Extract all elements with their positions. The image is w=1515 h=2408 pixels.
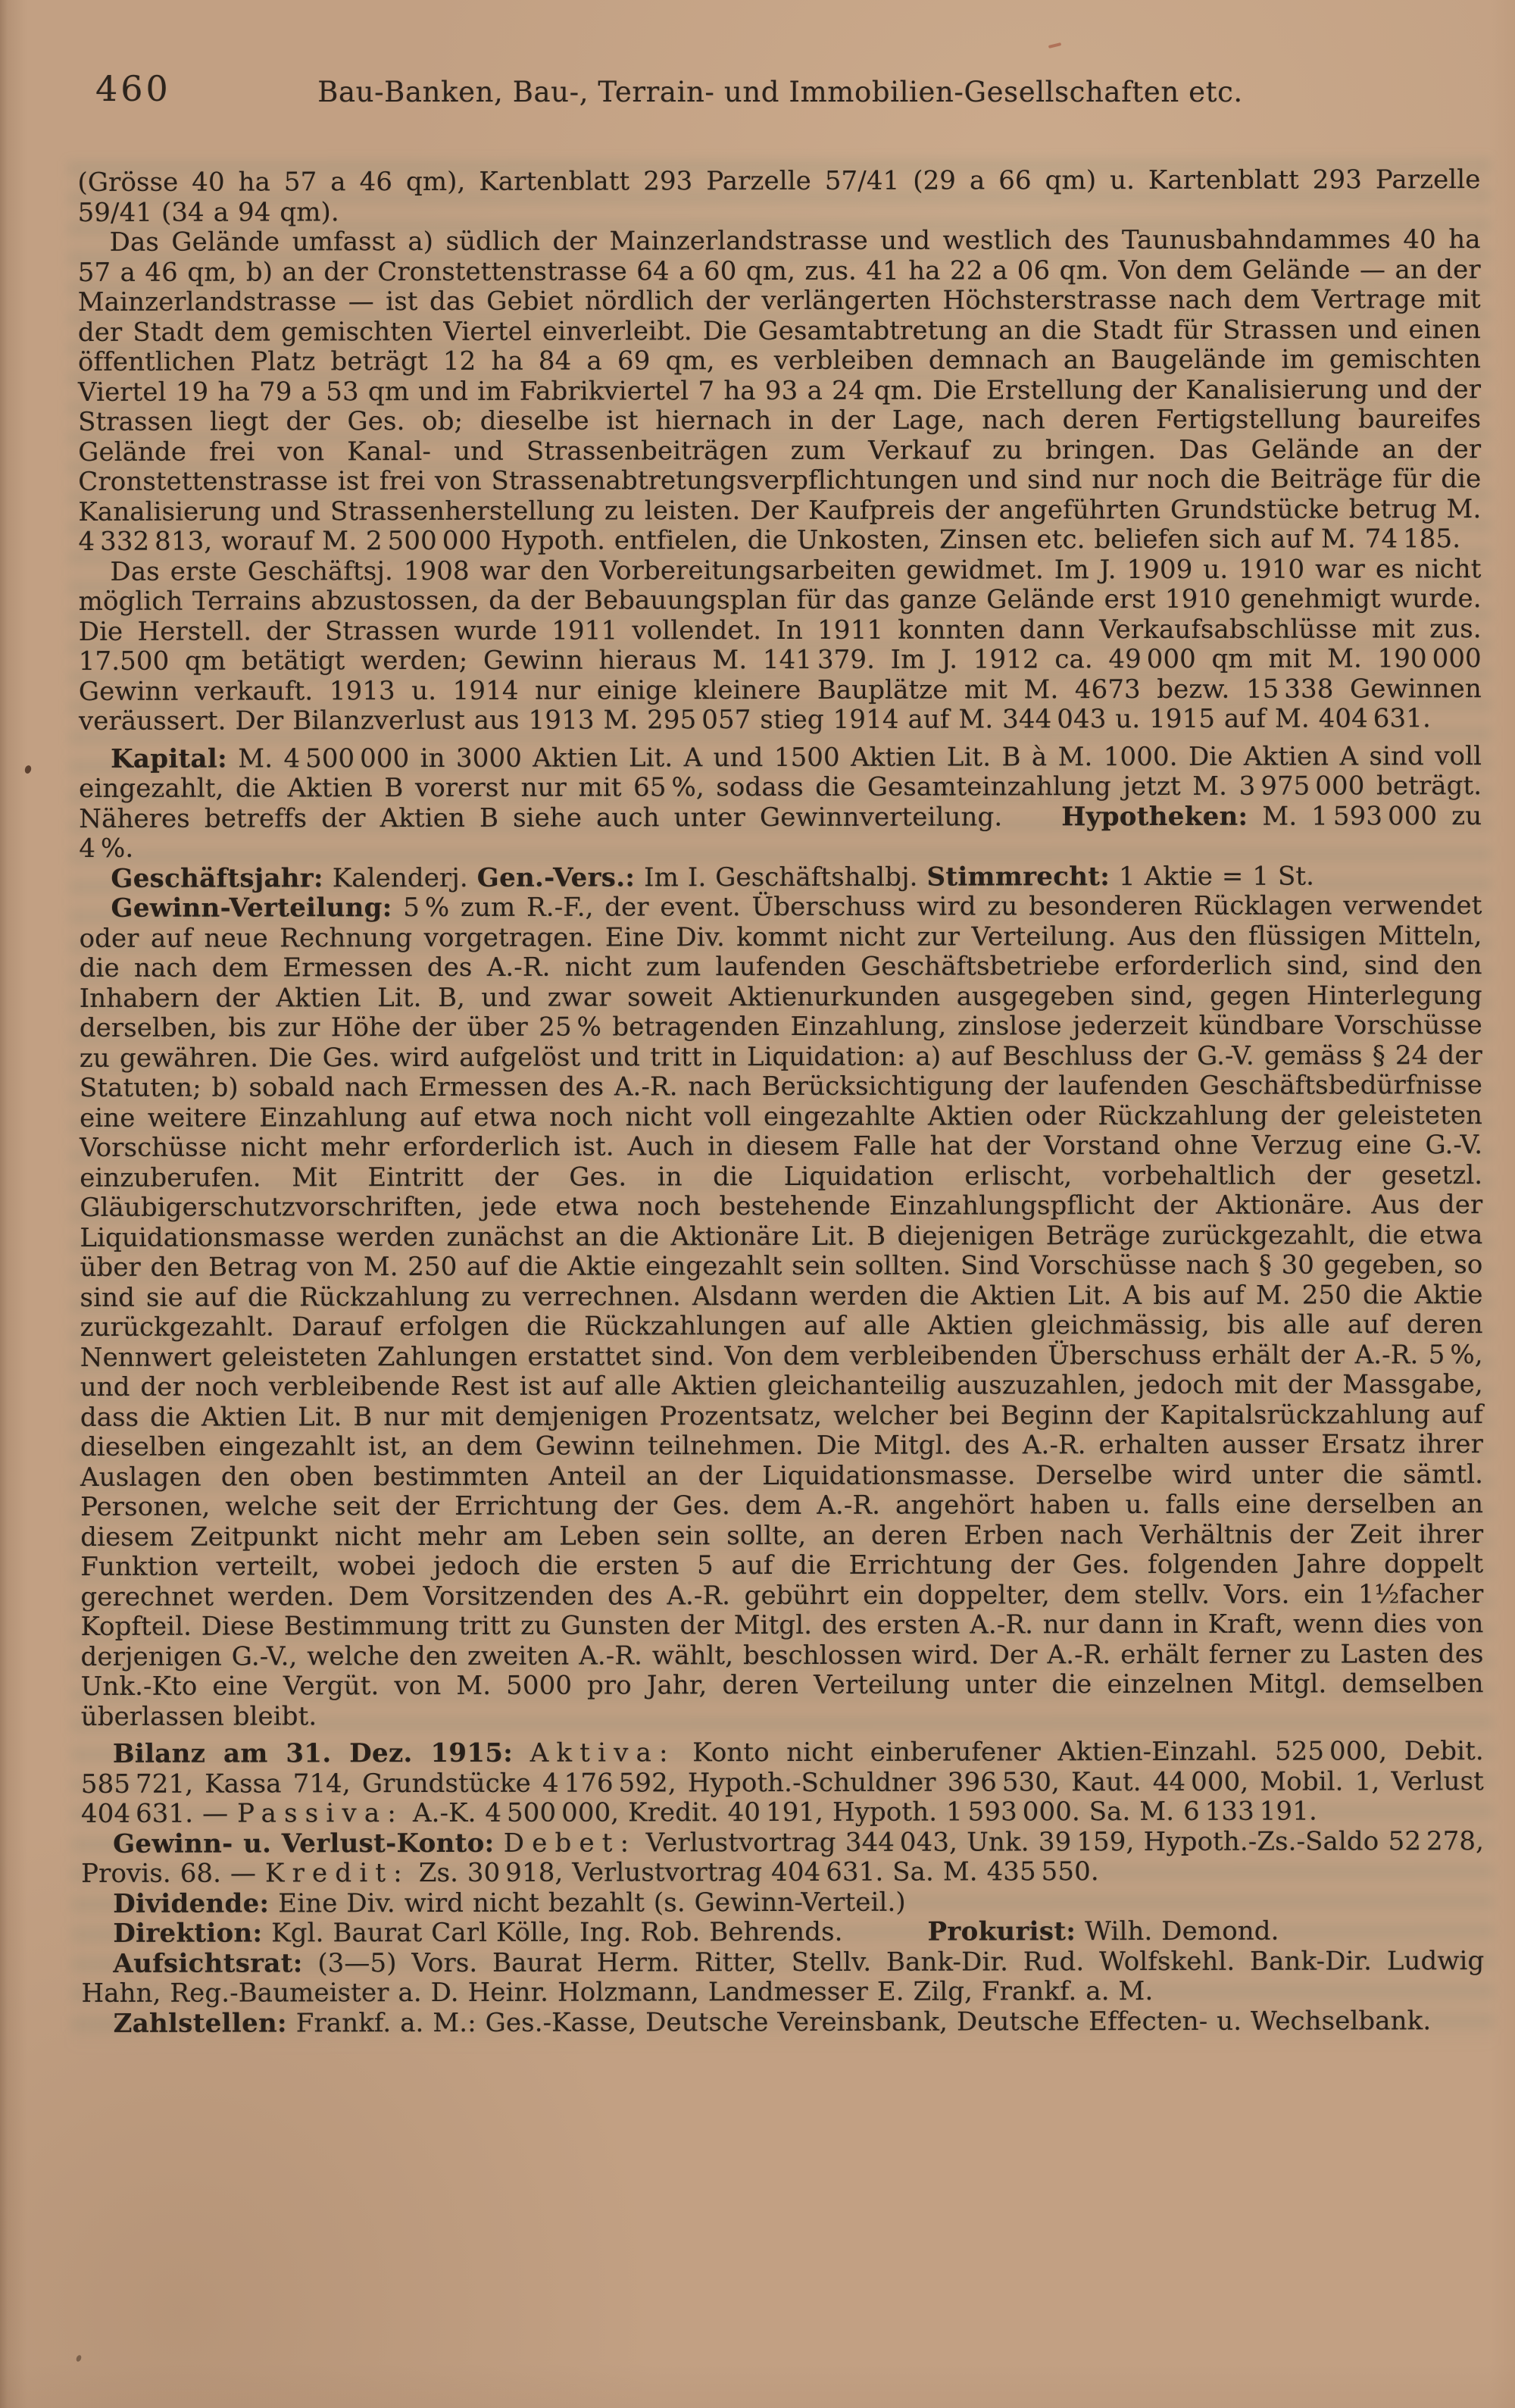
text-run: (Grösse 40 ha 57 a 46 qm), Kartenblatt 2…	[77, 164, 1480, 227]
bold-term: Bilanz am 31. Dez. 1915:	[113, 1738, 513, 1769]
bold-term: Stimmrecht:	[926, 862, 1110, 893]
paragraph: (Grösse 40 ha 57 a 46 qm), Kartenblatt 2…	[77, 165, 1480, 228]
bold-term: Gen.-Vers.:	[477, 862, 636, 893]
paragraph: Gewinn- u. Verlust-Konto: Debet: Verlust…	[81, 1827, 1484, 1890]
entry-text: (Grösse 40 ha 57 a 46 qm), Kartenblatt 2…	[77, 165, 1484, 2039]
spaced-term: Aktiva:	[530, 1737, 676, 1768]
spaced-term: Kredit:	[265, 1858, 410, 1888]
bold-term: Gewinn-Verteilung:	[111, 893, 392, 924]
bold-term: Dividende:	[113, 1888, 269, 1919]
paper-fiber	[1048, 42, 1061, 48]
bold-term: Gewinn- u. Verlust-Konto:	[113, 1828, 494, 1859]
text-run: 1 Aktie = 1 St.	[1110, 861, 1314, 892]
text-run: Kalenderj.	[323, 862, 477, 893]
paragraph: Direktion: Kgl. Baurat Carl Kölle, Ing. …	[81, 1916, 1484, 1949]
paragraph: Kapital: M. 4 500 000 in 3000 Aktien Lit…	[79, 742, 1482, 865]
text-run: Eine Div. wird nicht bezahlt (s. Gewinn-…	[269, 1887, 905, 1919]
text-run: Frankf. a. M.: Ges.-Kasse, Deutsche Vere…	[287, 2006, 1431, 2038]
bold-term: Kapital:	[111, 743, 227, 774]
paragraph: Bilanz am 31. Dez. 1915: Aktiva: Konto n…	[81, 1737, 1484, 1829]
bold-term: Geschäftsjahr:	[111, 863, 323, 894]
paragraph: Geschäftsjahr: Kalenderj. Gen.-Vers.: Im…	[79, 862, 1482, 894]
text-run: A.-K. 4 500 000, Kredit. 40 191, Hypoth.…	[404, 1797, 1317, 1829]
text-run: Kgl. Baurat Carl Kölle, Ing. Rob. Behren…	[262, 1917, 842, 1949]
running-header: Bau-Banken, Bau-, Terrain- und Immobilie…	[80, 76, 1481, 108]
paragraph: Das erste Geschäftsj. 1908 war den Vorbe…	[78, 555, 1481, 737]
text-run: Wilh. Demond.	[1076, 1916, 1279, 1947]
text-run	[513, 1738, 530, 1768]
text-run: Zs. 30 918, Verlustvortrag 404 631. Sa. …	[410, 1856, 1099, 1888]
bold-term: Prokurist:	[927, 1916, 1076, 1947]
paragraph: Dividende: Eine Div. wird nicht bezahlt …	[81, 1887, 1484, 1919]
bold-term: Aufsichtsrat:	[113, 1948, 302, 1979]
bold-term: Hypotheken:	[1061, 801, 1248, 832]
text-run: 5 % zum R.-F., der event. Überschuss wir…	[80, 890, 1484, 1731]
paragraph: Aufsichtsrat: (3—5) Vors. Baurat Herm. R…	[81, 1947, 1484, 2009]
text-run: Das Gelände umfasst a) südlich der Mainz…	[78, 224, 1482, 557]
text-run: Im I. Geschäftshalbj.	[635, 862, 926, 893]
text-run: Das erste Geschäftsj. 1908 war den Vorbe…	[79, 554, 1482, 736]
paragraph: Das Gelände umfasst a) südlich der Mainz…	[78, 225, 1482, 557]
text-run	[494, 1828, 503, 1858]
bold-term: Direktion:	[113, 1918, 262, 1948]
paper-speck	[75, 2354, 82, 2363]
spaced-term: Debet:	[504, 1828, 637, 1858]
paragraph: Zahlstellen: Frankf. a. M.: Ges.-Kasse, …	[82, 2006, 1485, 2039]
spaced-term: Passiva:	[237, 1798, 404, 1828]
book-page: 460 Bau-Banken, Bau-, Terrain- und Immob…	[0, 0, 1515, 2408]
paper-speck	[23, 765, 32, 774]
bold-term: Zahlstellen:	[114, 2008, 287, 2038]
paragraph: Gewinn-Verteilung: 5 % zum R.-F., der ev…	[79, 891, 1483, 1732]
